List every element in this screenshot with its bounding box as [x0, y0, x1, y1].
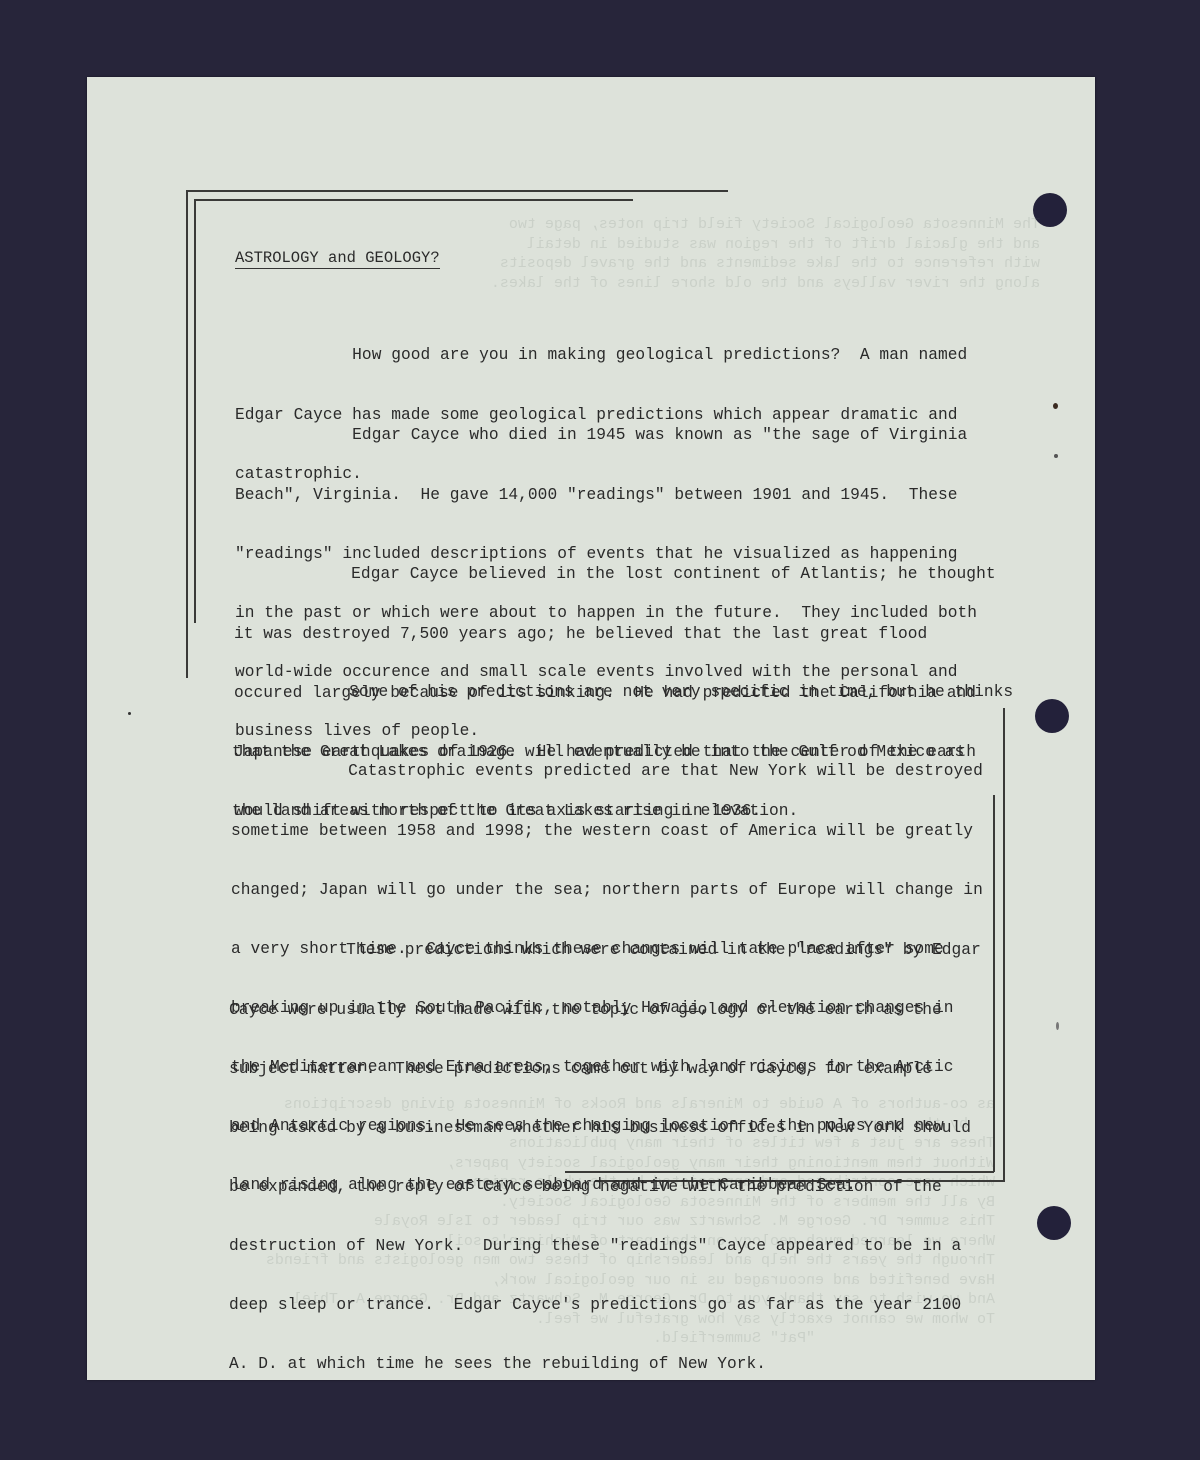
- text-line: changed; Japan will go under the sea; no…: [231, 881, 983, 901]
- text-line: These predictions which were contained i…: [229, 941, 981, 961]
- paper-blemish: [128, 712, 131, 715]
- text-line: Edgar Cayce who died in 1945 was known a…: [235, 426, 977, 446]
- text-line: Beach", Virginia. He gave 14,000 "readin…: [235, 486, 977, 506]
- paper-blemish: [1056, 1022, 1059, 1030]
- frame-rule-left-inner: [194, 199, 196, 623]
- text-line: being asked by a businessman whether his…: [229, 1119, 981, 1139]
- text-line: be expanded, the reply of Cayce being ne…: [229, 1178, 981, 1198]
- text-line: Catastrophic events predicted are that N…: [231, 762, 983, 782]
- frame-rule-right-inner: [993, 795, 995, 1172]
- text-line: Cayce were usually not made with the top…: [229, 1001, 981, 1021]
- paper-blemish: [1054, 454, 1058, 458]
- text-line: sometime between 1958 and 1998; the west…: [231, 822, 983, 842]
- article-heading: ASTROLOGY and GEOLOGY?: [235, 249, 440, 269]
- text-line: Edgar Cayce believed in the lost contine…: [234, 565, 996, 585]
- frame-rule-left-outer: [186, 190, 188, 678]
- binder-hole-bottom: [1037, 1206, 1071, 1240]
- paper-blemish: [1053, 403, 1058, 409]
- text-line: it was destroyed 7,500 years ago; he bel…: [234, 625, 996, 645]
- frame-rule-top-inner: [194, 199, 633, 201]
- frame-rule-top-outer: [186, 190, 728, 192]
- text-line: A. D. at which time he sees the rebuildi…: [229, 1355, 981, 1375]
- text-line: deep sleep or trance. Edgar Cayce's pred…: [229, 1296, 981, 1316]
- text-line: Some of his predictions are not very spe…: [232, 683, 1013, 703]
- text-line: destruction of New York. During these "r…: [229, 1237, 981, 1257]
- text-line: How good are you in making geological pr…: [235, 346, 967, 366]
- binder-hole-middle: [1035, 699, 1069, 733]
- text-line: subject matter. These predictions came o…: [229, 1060, 981, 1080]
- paragraph-6: These predictions which were contained i…: [229, 902, 981, 1395]
